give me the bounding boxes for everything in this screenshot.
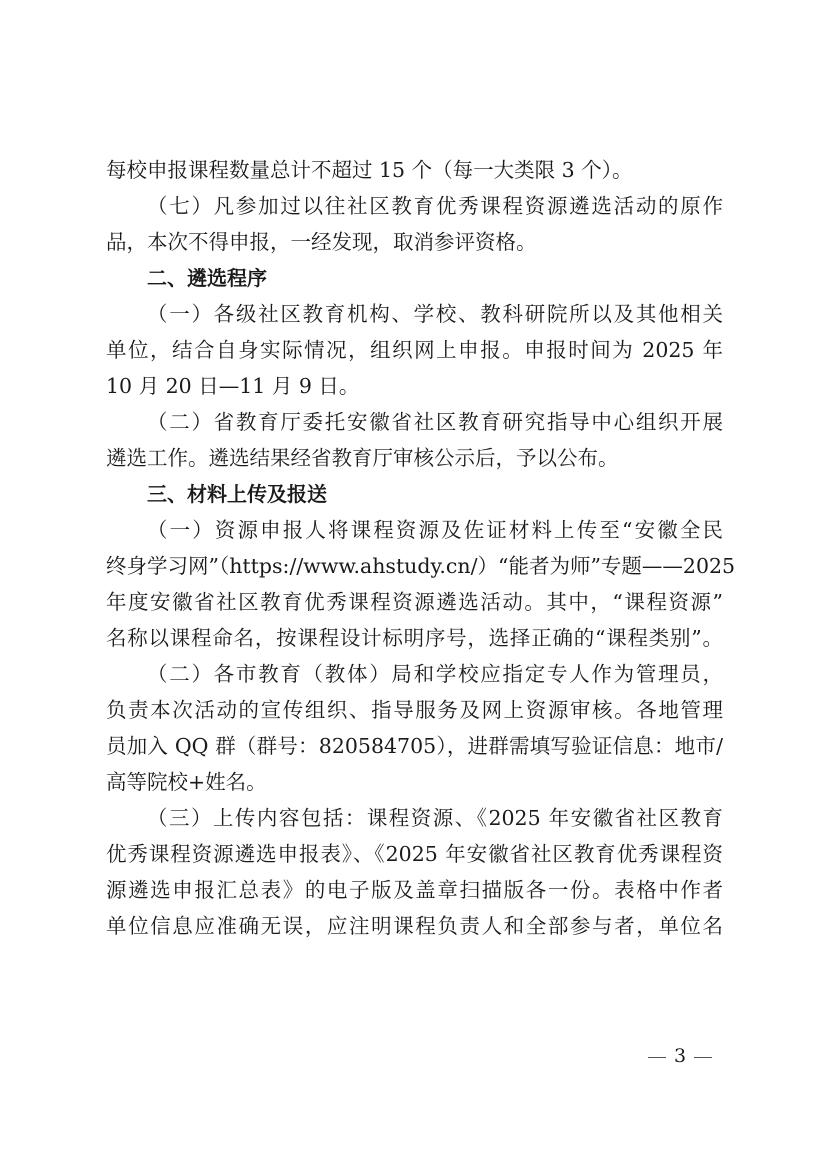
text-line-13: 名称以课程命名，按课程设计标明序号，选择正确的“课程类别”。 [106,626,723,650]
text-line-21: 单位信息应准确无误，应注明课程负责人和全部参与者，单位名 [106,914,723,938]
text-line-1: （七）凡参加过以往社区教育优秀课程资源遴选活动的原作 [147,194,723,218]
text-line-8: 遴选工作。遴选结果经省教育厅审核公示后，予以公布。 [106,446,619,470]
text-line-19: 优秀课程资源遴选申报表》、《2025 年安徽省社区教育优秀课程资 [106,842,723,866]
text-line-17: 高等院校+姓名。 [106,770,267,794]
text-line-14: （二）各市教育（教体）局和学校应指定专人作为管理员， [147,662,723,686]
text-line-20: 源遴选申报汇总表》的电子版及盖章扫描版各一份。表格中作者 [106,878,723,902]
footer-dash-right [694,1057,712,1058]
text-line-2: 品，本次不得申报，一经发现，取消参评资格。 [106,230,537,254]
text-line-5: 单位，结合自身实际情况，组织网上申报。申报时间为 2025 年 [106,338,723,362]
text-line-0: 每校申报课程数量总计不超过 15 个（每一大类限 3 个）。 [106,158,632,182]
text-line-11-with-url: 终身学习网”（https://www.ahstudy.cn/）“能者为师”专题—… [106,554,723,578]
page-number-footer: 3 [640,1044,720,1068]
text-line-4: （一）各级社区教育机构、学校、教科研院所以及其他相关 [147,302,723,326]
text-line-18: （三）上传内容包括：课程资源、《2025 年安徽省社区教育 [147,806,723,830]
page-number: 3 [674,1045,686,1067]
text-line-10: （一）资源申报人将课程资源及佐证材料上传至“安徽全民 [147,518,723,542]
footer-dash-left [648,1057,666,1058]
section-heading-3: 三、材料上传及报送 [147,482,327,506]
text-line-15: 负责本次活动的宣传组织、指导服务及网上资源审核。各地管理 [106,698,723,722]
text-line-6: 10 月 20 日—11 月 9 日。 [106,374,359,398]
section-heading-2: 二、遴选程序 [147,266,267,290]
text-line-7: （二）省教育厅委托安徽省社区教育研究指导中心组织开展 [147,410,723,434]
text-line-16: 员加入 QQ 群（群号：820584705），进群需填写验证信息：地市/ [106,734,723,758]
text-line-12: 年度安徽省社区教育优秀课程资源遴选活动。其中，“课程资源” [106,590,723,614]
